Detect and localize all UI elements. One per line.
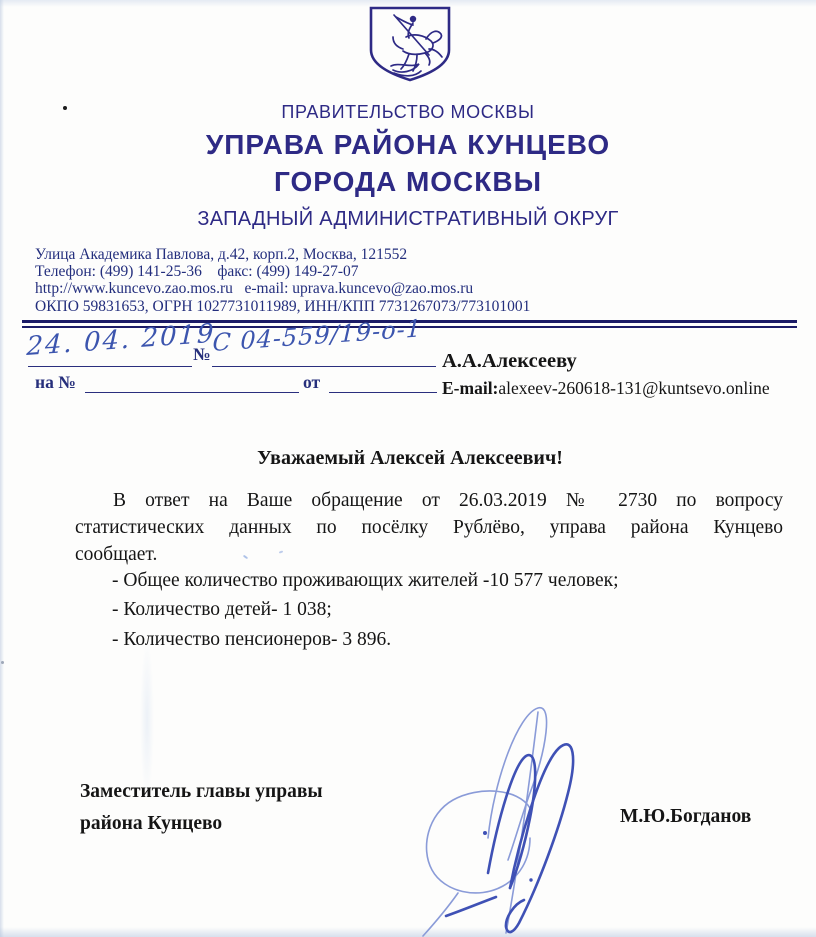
- reply-to-label: на №: [35, 372, 76, 393]
- reply-to-underline: [85, 392, 299, 393]
- moscow-coat-of-arms-icon: [363, 5, 457, 85]
- address-line-web: http://www.kuncevo.zao.mos.ru e-mail: up…: [35, 280, 530, 297]
- address-line-registry: ОКПО 59831653, ОГРН 1027731011989, ИНН/К…: [35, 298, 530, 315]
- handwritten-signature-ink-icon: [418, 688, 650, 937]
- paragraph-line: В ответ на Ваше обращение от 26.03.2019 …: [75, 487, 783, 514]
- address-line-phone: Телефон: (499) 141-25-36 факс: (499) 149…: [35, 263, 530, 280]
- government-line: ПРАВИТЕЛЬСТВО МОСКВЫ: [0, 102, 816, 123]
- paragraph-line: сообщает.: [75, 541, 783, 568]
- address-block: Улица Академика Павлова, д.42, корп.2, М…: [35, 246, 530, 315]
- scanned-letter-page: ПРАВИТЕЛЬСТВО МОСКВЫ УПРАВА РАЙОНА КУНЦЕ…: [0, 0, 816, 937]
- date-underline: [28, 366, 192, 367]
- body-paragraph: В ответ на Ваше обращение от 26.03.2019 …: [75, 487, 783, 568]
- from-underline: [329, 392, 437, 393]
- signer-title-line1: Заместитель главы управы: [80, 776, 323, 808]
- list-item-residents: - Общее количество проживающих жителей -…: [112, 566, 772, 595]
- salutation: Уважаемый Алексей Алексеевич!: [60, 447, 760, 470]
- signer-title-line2: района Кунцево: [80, 808, 323, 840]
- paragraph-line: статистических данных по посёлку Рублёво…: [75, 514, 783, 541]
- scan-edge-artifact: [0, 927, 816, 937]
- address-line-street: Улица Академика Павлова, д.42, корп.2, М…: [35, 246, 530, 263]
- recipient-name: А.А.Алексееву: [442, 350, 577, 373]
- organization-name-line1: УПРАВА РАЙОНА КУНЦЕВО: [0, 129, 816, 161]
- recipient-email-line: E-mail:alexeev-260618-131@kuntsevo.onlin…: [442, 378, 770, 399]
- number-underline: [212, 366, 436, 367]
- signer-title: Заместитель главы управы района Кунцево: [80, 776, 323, 840]
- organization-name-line2: ГОРОДА МОСКВЫ: [0, 166, 816, 198]
- district-line: ЗАПАДНЫЙ АДМИНИСТРАТИВНЫЙ ОКРУГ: [0, 208, 816, 231]
- list-item-pensioners: - Количество пенсионеров- 3 896.: [112, 625, 772, 654]
- email-label: E-mail:: [442, 378, 498, 398]
- list-item-children: - Количество детей- 1 038;: [112, 595, 772, 624]
- scan-speck-artifact: [1, 661, 4, 664]
- recipient-email-address: alexeev-260618-131@kuntsevo.online: [498, 378, 769, 398]
- from-label: от: [303, 372, 320, 393]
- statistics-list: - Общее количество проживающих жителей -…: [112, 566, 772, 654]
- number-sign-label: №: [193, 344, 211, 365]
